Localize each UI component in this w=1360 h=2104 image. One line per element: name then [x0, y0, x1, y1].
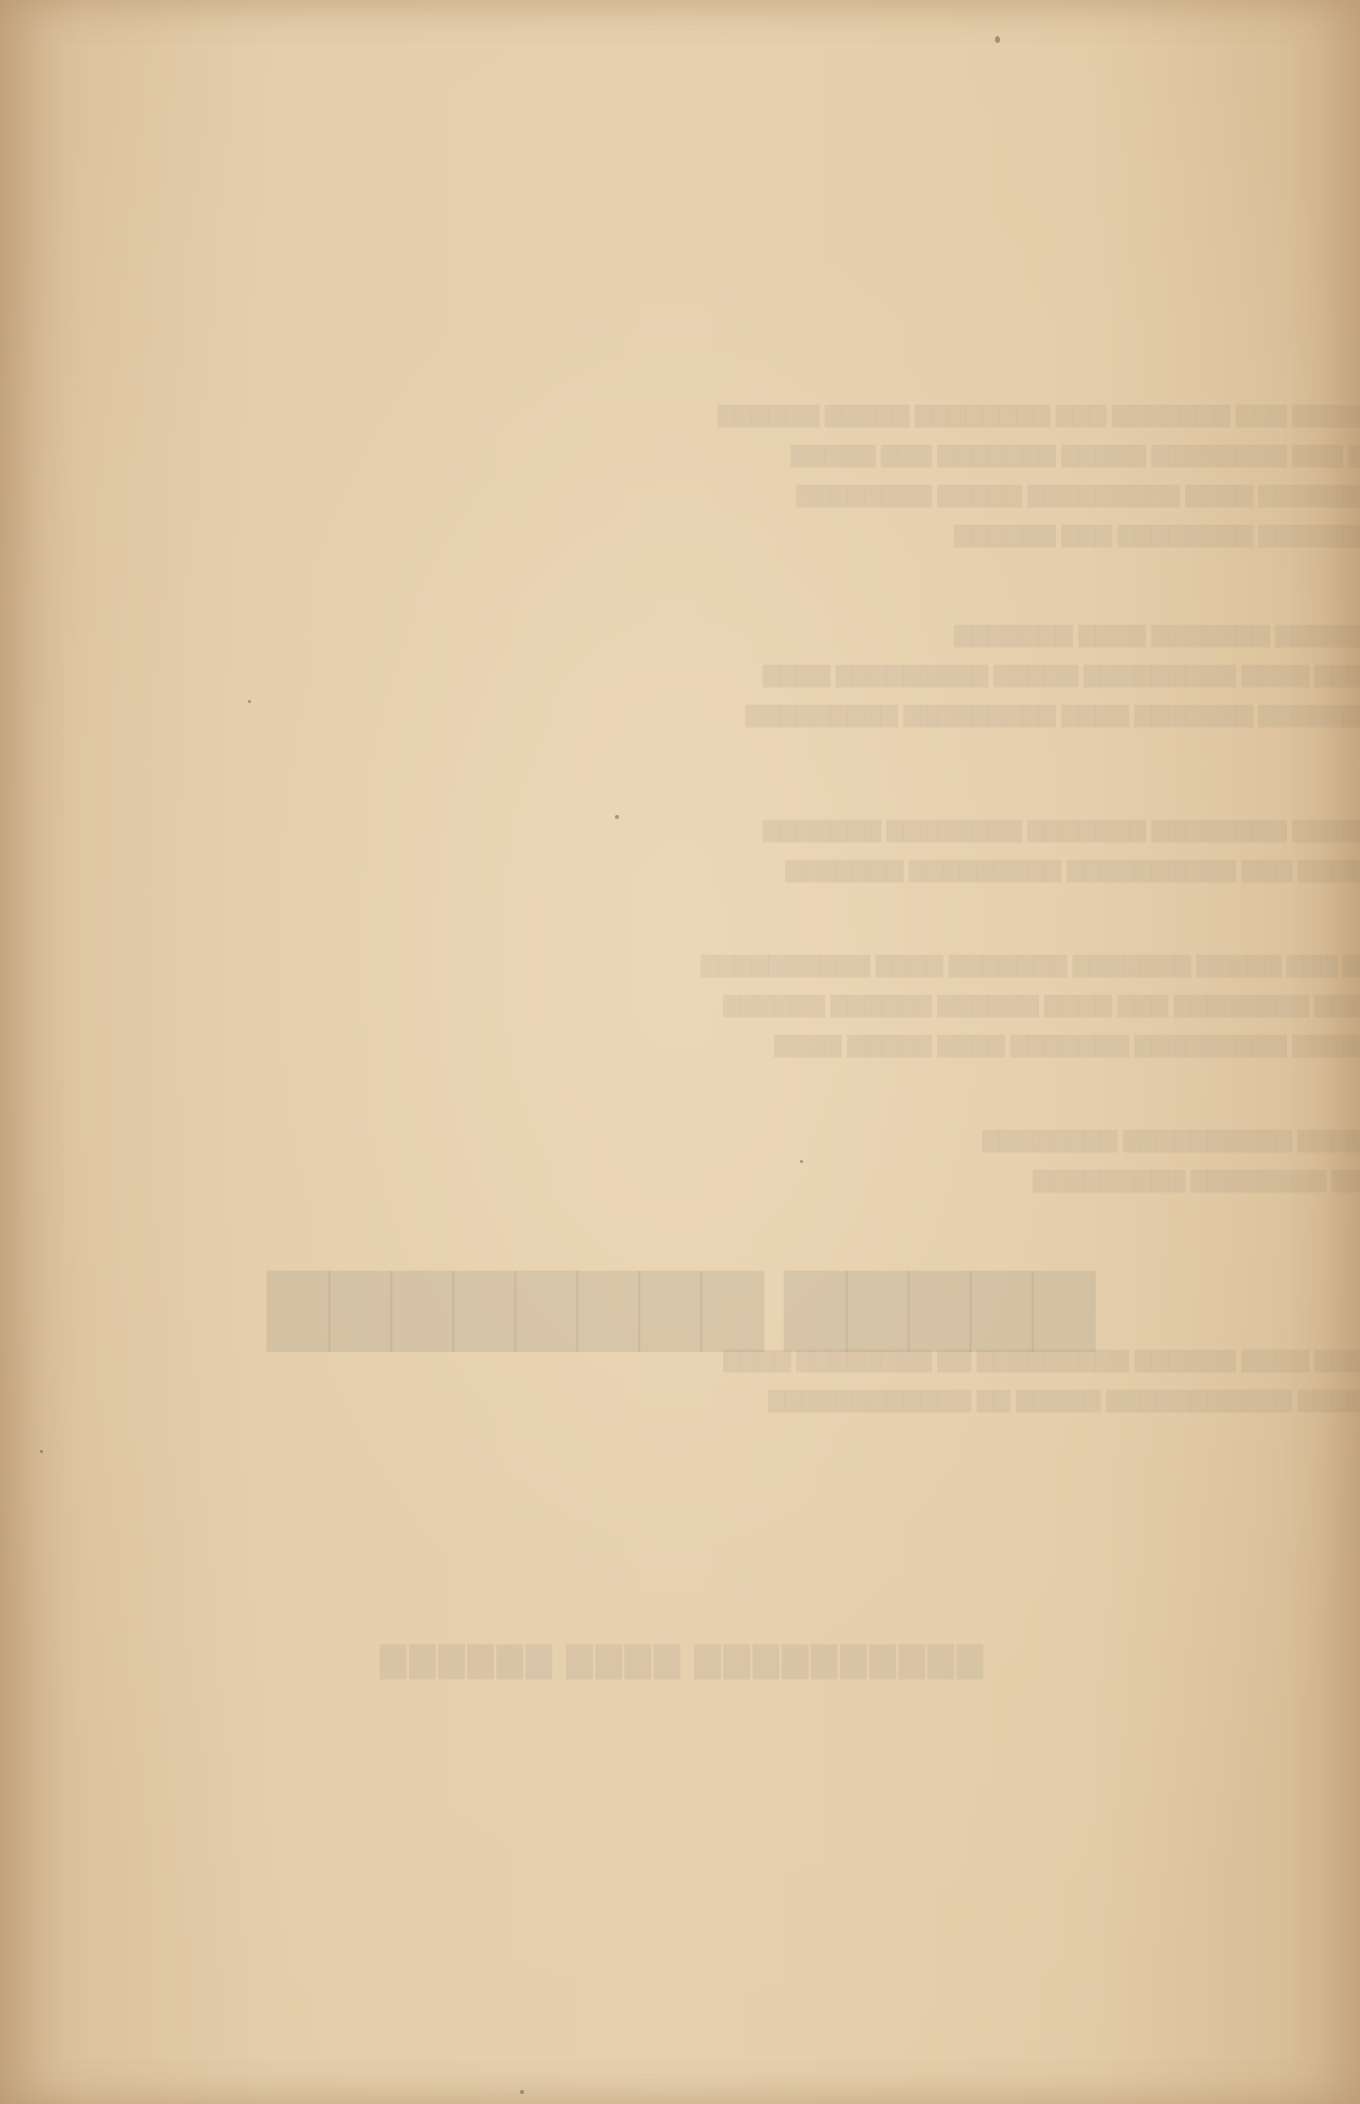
page-edge-shading [0, 0, 1360, 2104]
paper-speck [40, 1450, 43, 1453]
paper-speck [248, 700, 251, 703]
blank-paper-page: ▇▇▇▇ ▇▇▇▇▇ ▇▇▇ ▇▇▇▇▇▇▇ ▇▇▇ ▇▇▇▇▇▇▇▇ ▇▇▇▇… [0, 0, 1360, 2104]
paper-speck [520, 2090, 524, 2094]
show-through-paragraph: ▇▇▇▇▇▇▇▇ ▇▇▇▇ ▇▇▇▇▇▇ ▇▇▇▇▇▇▇▇▇ ▇▇ ▇▇▇▇▇▇… [0, 1340, 1360, 1420]
paper-speck [800, 1160, 803, 1163]
show-through-paragraph: ▇▇▇▇▇▇▇▇▇ ▇▇▇▇▇▇▇▇▇▇ ▇▇▇▇▇▇▇▇ ▇▇▇▇▇▇▇ ▇▇… [0, 1120, 1360, 1200]
show-through-title: ▇▇▇▇▇ ▇▇▇▇▇▇▇▇ [0, 1262, 1360, 1352]
show-through-paragraph: ▇▇▇ ▇▇▇▇▇▇ ▇▇▇▇▇▇▇▇ ▇▇▇▇▇▇▇ ▇▇▇▇▇▇▇▇ ▇▇▇… [0, 810, 1360, 890]
paper-speck [615, 815, 619, 819]
show-through-paragraph: ▇▇▇▇ ▇▇▇▇▇ ▇▇▇ ▇▇▇▇▇▇▇ ▇▇▇ ▇▇▇▇▇▇▇▇ ▇▇▇▇… [0, 395, 1360, 555]
show-through-paragraph: ▇▇▇▇▇ ▇▇▇▇▇ ▇▇▇▇▇▇▇ ▇▇▇▇ ▇▇▇▇▇▇▇ ▇▇▇▇▇▇▇… [0, 615, 1360, 735]
show-through-subtitle: ▇▇▇▇▇▇▇▇▇▇ ▇▇▇▇ ▇▇▇▇▇▇ [0, 1640, 1360, 1680]
paper-speck [995, 36, 1000, 43]
show-through-paragraph: ▇▇▇▇ ▇▇ ▇▇▇ ▇▇▇▇▇ ▇▇▇▇▇▇▇ ▇▇▇▇▇▇▇ ▇▇▇▇ ▇… [0, 945, 1360, 1065]
